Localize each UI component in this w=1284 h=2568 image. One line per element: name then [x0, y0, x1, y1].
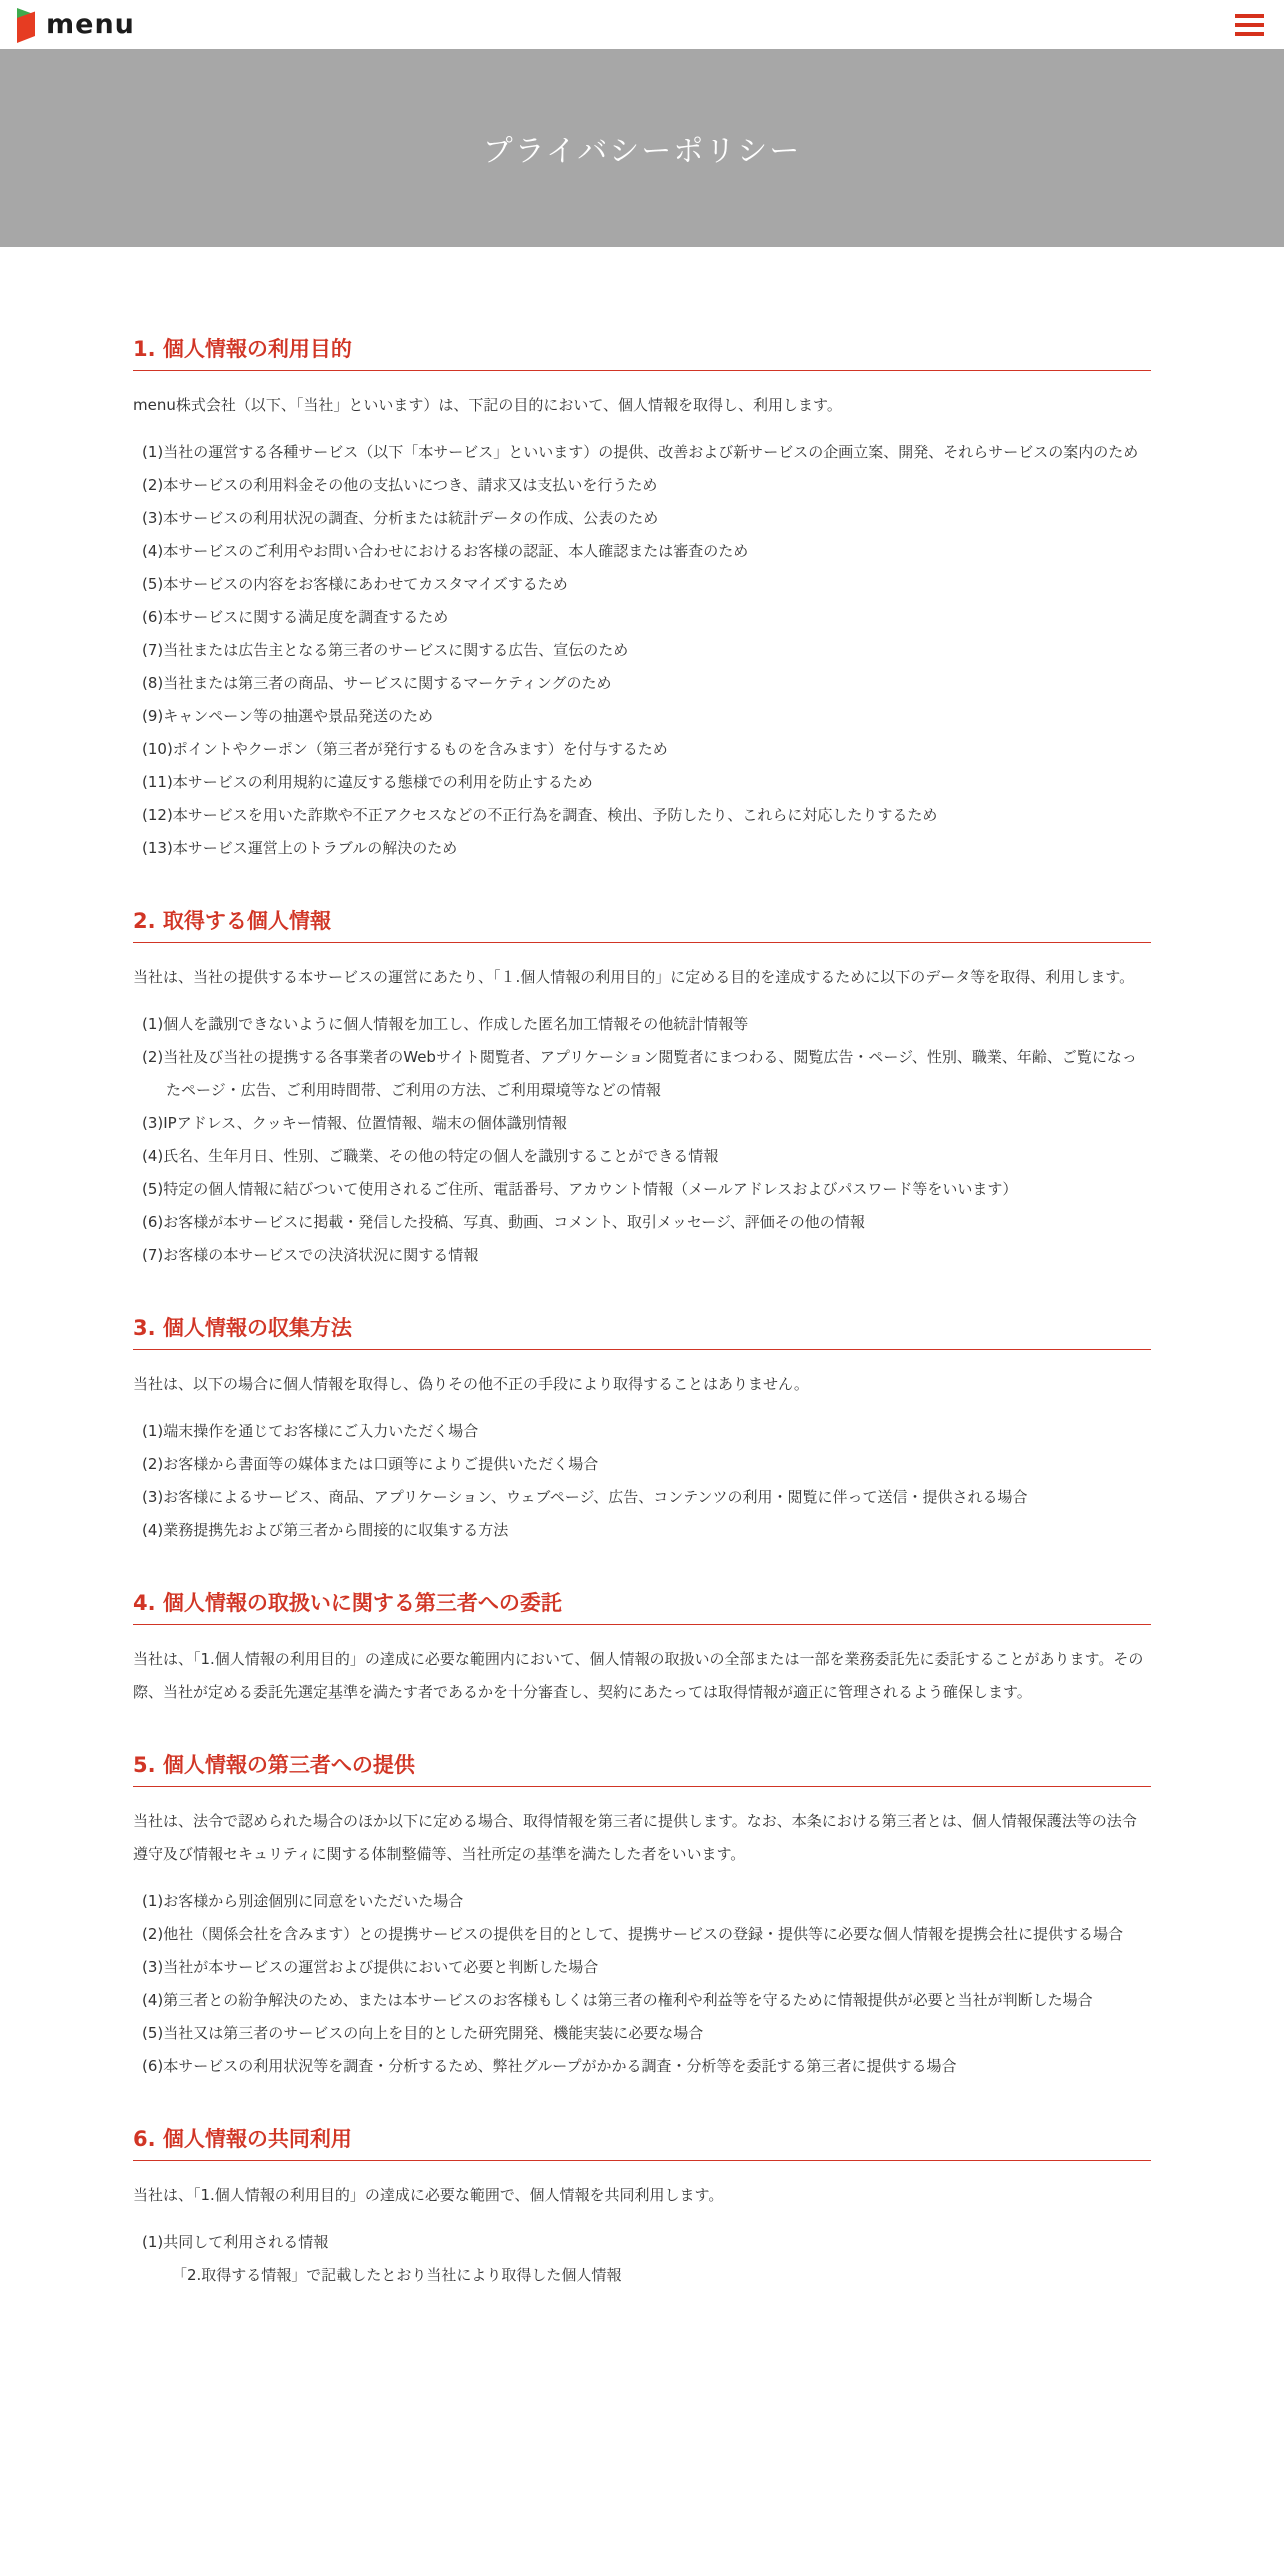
policy-list-item: (8)当社または第三者の商品、サービスに関するマーケティングのため: [133, 667, 1151, 700]
section-list: (1)端末操作を通じてお客様にご入力いただく場合(2)お客様から書面等の媒体また…: [133, 1415, 1151, 1547]
policy-list-item: (2)本サービスの利用料金その他の支払いにつき、請求又は支払いを行うため: [133, 469, 1151, 502]
policy-list-item: (5)特定の個人情報に結びついて使用されるご住所、電話番号、アカウント情報（メー…: [133, 1173, 1151, 1206]
hamburger-bar: [1235, 23, 1264, 27]
section-list: (1)お客様から別途個別に同意をいただいた場合(2)他社（関係会社を含みます）と…: [133, 1885, 1151, 2083]
section-paragraph: menu株式会社（以下、「当社」といいます）は、下記の目的において、個人情報を取…: [133, 389, 1151, 422]
policy-list-item: (2)お客様から書面等の媒体または口頭等によりご提供いただく場合: [133, 1448, 1151, 1481]
section-divider: [133, 942, 1151, 943]
policy-list-item: (13)本サービス運営上のトラブルの解決のため: [133, 832, 1151, 865]
policy-list-item: (1)端末操作を通じてお客様にご入力いただく場合: [133, 1415, 1151, 1448]
section-heading: 4. 個人情報の取扱いに関する第三者への委託: [133, 1591, 1151, 1616]
policy-list-item: (5)本サービスの内容をお客様にあわせてカスタマイズするため: [133, 568, 1151, 601]
section-paragraphs: 当社は、法令で認められた場合のほか以下に定める場合、取得情報を第三者に提供します…: [133, 1805, 1151, 1871]
section-paragraph: 当社は、「1.個人情報の利用目的」の達成に必要な範囲で、個人情報を共同利用します…: [133, 2179, 1151, 2212]
section-heading: 6. 個人情報の共同利用: [133, 2127, 1151, 2152]
policy-sub-item: 「2.取得する情報」で記載したとおり当社により取得した個人情報: [133, 2259, 1151, 2292]
policy-section: 3. 個人情報の収集方法 当社は、以下の場合に個人情報を取得し、偽りその他不正の…: [133, 1316, 1151, 1547]
menu-logo-icon: [14, 7, 40, 43]
policy-list-item: (3)本サービスの利用状況の調査、分析または統計データの作成、公表のため: [133, 502, 1151, 535]
section-divider: [133, 2160, 1151, 2161]
hamburger-bar: [1235, 32, 1264, 36]
section-paragraph: 当社は、以下の場合に個人情報を取得し、偽りその他不正の手段により取得することはあ…: [133, 1368, 1151, 1401]
policy-list-item: (3)お客様によるサービス、商品、アプリケーション、ウェブページ、広告、コンテン…: [133, 1481, 1151, 1514]
policy-list-item: (7)お客様の本サービスでの決済状況に関する情報: [133, 1239, 1151, 1272]
policy-list-item: (6)本サービスの利用状況等を調査・分析するため、弊社グループがかかる調査・分析…: [133, 2050, 1151, 2083]
policy-section: 5. 個人情報の第三者への提供 当社は、法令で認められた場合のほか以下に定める場…: [133, 1753, 1151, 2083]
section-heading: 1. 個人情報の利用目的: [133, 337, 1151, 362]
policy-list-item: (9)キャンペーン等の抽選や景品発送のため: [133, 700, 1151, 733]
section-divider: [133, 1786, 1151, 1787]
policy-list-item: (12)本サービスを用いた詐欺や不正アクセスなどの不正行為を調査、検出、予防した…: [133, 799, 1151, 832]
policy-list-item: (2)他社（関係会社を含みます）との提携サービスの提供を目的として、提携サービス…: [133, 1918, 1151, 1951]
policy-sections: 1. 個人情報の利用目的 menu株式会社（以下、「当社」といいます）は、下記の…: [133, 337, 1151, 2292]
policy-list-item: (1)個人を識別できないように個人情報を加工し、作成した匿名加工情報その他統計情…: [133, 1008, 1151, 1041]
policy-list-item: (4)業務提携先および第三者から間接的に収集する方法: [133, 1514, 1151, 1547]
section-paragraphs: 当社は、当社の提供する本サービスの運営にあたり、「１.個人情報の利用目的」に定め…: [133, 961, 1151, 994]
site-header: menu: [0, 0, 1284, 49]
policy-section: 4. 個人情報の取扱いに関する第三者への委託 当社は、「1.個人情報の利用目的」…: [133, 1591, 1151, 1709]
policy-list-item: (6)お客様が本サービスに掲載・発信した投稿、写真、動画、コメント、取引メッセー…: [133, 1206, 1151, 1239]
policy-list-item: (4)本サービスのご利用やお問い合わせにおけるお客様の認証、本人確認または審査の…: [133, 535, 1151, 568]
policy-list-item: (1)共同して利用される情報: [133, 2226, 1151, 2259]
policy-list-item: (2)当社及び当社の提携する各事業者のWebサイト閲覧者、アプリケーション閲覧者…: [133, 1041, 1151, 1107]
section-paragraph: 当社は、法令で認められた場合のほか以下に定める場合、取得情報を第三者に提供します…: [133, 1805, 1151, 1871]
policy-list-item: (4)第三者との紛争解決のため、または本サービスのお客様もしくは第三者の権利や利…: [133, 1984, 1151, 2017]
hero-banner: プライバシーポリシー: [0, 49, 1284, 247]
logo-wordmark: menu: [46, 11, 135, 38]
policy-list-item: (1)当社の運営する各種サービス（以下「本サービス」といいます）の提供、改善およ…: [133, 436, 1151, 469]
section-heading: 3. 個人情報の収集方法: [133, 1316, 1151, 1341]
policy-list-item: (1)お客様から別途個別に同意をいただいた場合: [133, 1885, 1151, 1918]
policy-list-item: (3)当社が本サービスの運営および提供において必要と判断した場合: [133, 1951, 1151, 1984]
policy-list-item: (7)当社または広告主となる第三者のサービスに関する広告、宣伝のため: [133, 634, 1151, 667]
policy-section: 2. 取得する個人情報 当社は、当社の提供する本サービスの運営にあたり、「１.個…: [133, 909, 1151, 1272]
hamburger-bar: [1235, 14, 1264, 18]
section-paragraph: 当社は、「1.個人情報の利用目的」の達成に必要な範囲内において、個人情報の取扱い…: [133, 1643, 1151, 1709]
page-title: プライバシーポリシー: [483, 126, 802, 170]
policy-list-item: (10)ポイントやクーポン（第三者が発行するものを含みます）を付与するため: [133, 733, 1151, 766]
policy-list-item: (3)IPアドレス、クッキー情報、位置情報、端末の個体識別情報: [133, 1107, 1151, 1140]
section-paragraphs: menu株式会社（以下、「当社」といいます）は、下記の目的において、個人情報を取…: [133, 389, 1151, 422]
section-paragraphs: 当社は、以下の場合に個人情報を取得し、偽りその他不正の手段により取得することはあ…: [133, 1368, 1151, 1401]
policy-list-item: (11)本サービスの利用規約に違反する態様での利用を防止するため: [133, 766, 1151, 799]
policy-section: 6. 個人情報の共同利用 当社は、「1.個人情報の利用目的」の達成に必要な範囲で…: [133, 2127, 1151, 2292]
section-divider: [133, 1349, 1151, 1350]
hamburger-menu-icon[interactable]: [1235, 14, 1264, 36]
section-paragraph: 当社は、当社の提供する本サービスの運営にあたり、「１.個人情報の利用目的」に定め…: [133, 961, 1151, 994]
section-paragraphs: 当社は、「1.個人情報の利用目的」の達成に必要な範囲で、個人情報を共同利用します…: [133, 2179, 1151, 2212]
policy-list-item: (6)本サービスに関する満足度を調査するため: [133, 601, 1151, 634]
section-divider: [133, 1624, 1151, 1625]
policy-list-item: (5)当社又は第三者のサービスの向上を目的とした研究開発、機能実装に必要な場合: [133, 2017, 1151, 2050]
menu-logo[interactable]: menu: [14, 7, 135, 43]
section-heading: 5. 個人情報の第三者への提供: [133, 1753, 1151, 1778]
policy-list-item: (4)氏名、生年月日、性別、ご職業、その他の特定の個人を識別することができる情報: [133, 1140, 1151, 1173]
section-list: (1)個人を識別できないように個人情報を加工し、作成した匿名加工情報その他統計情…: [133, 1008, 1151, 1272]
section-list: (1)共同して利用される情報「2.取得する情報」で記載したとおり当社により取得し…: [133, 2226, 1151, 2292]
section-divider: [133, 370, 1151, 371]
policy-content: 1. 個人情報の利用目的 menu株式会社（以下、「当社」といいます）は、下記の…: [133, 247, 1151, 2292]
section-list: (1)当社の運営する各種サービス（以下「本サービス」といいます）の提供、改善およ…: [133, 436, 1151, 865]
policy-section: 1. 個人情報の利用目的 menu株式会社（以下、「当社」といいます）は、下記の…: [133, 337, 1151, 865]
section-heading: 2. 取得する個人情報: [133, 909, 1151, 934]
section-paragraphs: 当社は、「1.個人情報の利用目的」の達成に必要な範囲内において、個人情報の取扱い…: [133, 1643, 1151, 1709]
